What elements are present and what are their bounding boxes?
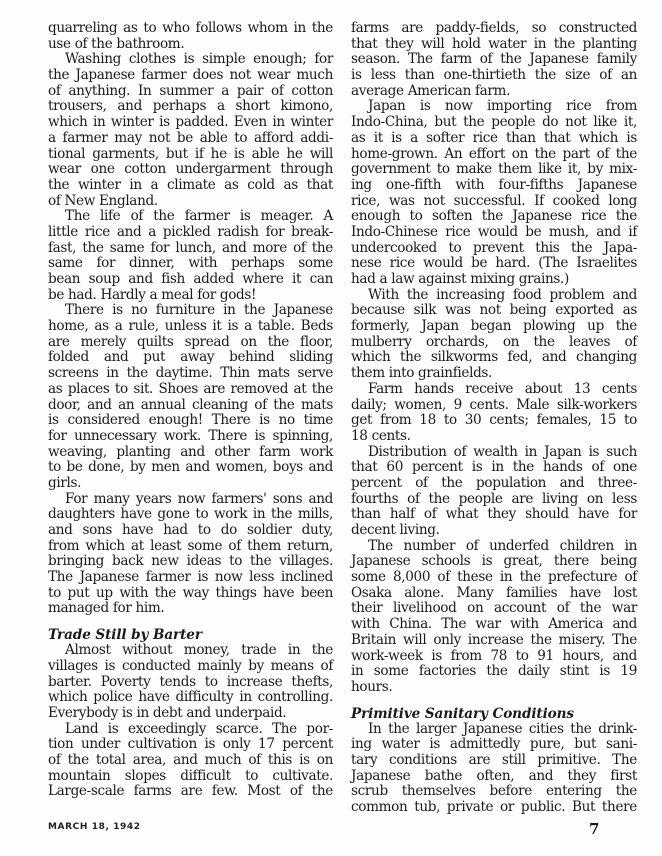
magazine-page: quarreling as to who follows whom in the… (0, 0, 662, 856)
text-line: For many years now farmers' sons and (48, 492, 333, 508)
text-line: the Japanese farmer does not wear much (48, 68, 333, 84)
text-line: government to make them like it, by mix- (351, 162, 637, 178)
text-line: scrub themselves before entering the (351, 784, 637, 800)
text-line: which police have difficulty in controll… (48, 690, 333, 706)
text-line: bringing back new ideas to the villages. (48, 554, 333, 570)
text-line: little rice and a pickled radish for bre… (48, 225, 333, 241)
text-line: and sons have had to do soldier duty, (48, 523, 333, 539)
text-line: Almost without money, trade in the (48, 643, 333, 659)
text-line: home, as a rule, unless it is a table. B… (48, 319, 333, 335)
text-line: home-grown. An effort on the part of the (351, 147, 637, 163)
text-line: to put up with the way things have been (48, 586, 333, 602)
text-line: is less than one-thirtieth the size of a… (351, 68, 637, 84)
text-line: for unnecessary work. There is spinning, (48, 429, 333, 445)
text-line: ing one-fifth with four-fifths Japanese (351, 178, 637, 194)
text-line: than half of what they should have for (351, 507, 637, 523)
text-line: decent living. (351, 523, 637, 539)
left-column-body-b: Almost without money, trade in thevillag… (48, 643, 333, 800)
text-line: had a law against mixing grains.) (351, 272, 637, 288)
left-column-body-a: quarreling as to who follows whom in the… (48, 21, 333, 617)
text-line: a farmer may not be able to afford addi- (48, 131, 333, 147)
text-line: that they will hold water in the plantin… (351, 37, 637, 53)
text-line: ing water is admittedly pure, but sani- (351, 737, 637, 753)
text-line: Britain will only increase the misery. T… (351, 633, 637, 649)
text-line: girls. (48, 476, 333, 492)
text-line: Washing clothes is simple enough; for (48, 52, 333, 68)
text-line: quarreling as to who follows whom in the (48, 21, 333, 37)
text-line: Indo-China, but the people do not like i… (351, 115, 637, 131)
text-line: Japan is now importing rice from (351, 99, 637, 115)
text-line: Distribution of wealth in Japan is such (351, 445, 637, 461)
heading-spacer (351, 696, 637, 706)
text-line: daily; women, 9 cents. Male silk-workers (351, 398, 637, 414)
text-line: With the increasing food problem and (351, 288, 637, 304)
text-line: screens in the daytime. Thin mats serve (48, 366, 333, 382)
text-line: The number of underfed children in (351, 539, 637, 555)
text-line: barter. Poverty tends to increase thefts… (48, 675, 333, 691)
text-line: managed for him. (48, 601, 333, 617)
text-line: farms are paddy-fields, so constructed (351, 21, 637, 37)
text-line: wear one cotton undergarment through (48, 162, 333, 178)
text-line: percent of the population and three- (351, 476, 637, 492)
text-line: mulberry orchards, on the leaves of (351, 335, 637, 351)
text-line: villages is conducted mainly by means of (48, 659, 333, 675)
text-line: bean soup and fish added where it can (48, 272, 333, 288)
text-line: to be done, by men and women, boys and (48, 460, 333, 476)
text-line: the winter in a climate as cold as that (48, 178, 333, 194)
text-line: tary conditions are still primitive. The (351, 753, 637, 769)
text-line: work-week is from 78 to 91 hours, and (351, 649, 637, 665)
text-line: them into grainfields. (351, 366, 637, 382)
text-line: In the larger Japanese cities the drink- (351, 722, 637, 738)
text-line: There is no furniture in the Japanese (48, 303, 333, 319)
text-line: fast, the same for lunch, and more of th… (48, 241, 333, 257)
footer-page-number: 7 (589, 820, 599, 838)
text-line: average American farm. (351, 84, 637, 100)
text-line: of New England. (48, 194, 333, 210)
text-line: trousers, and perhaps a short kimono, (48, 99, 333, 115)
text-line: with China. The war with America and (351, 617, 637, 633)
text-line: is considered enough! There is no time (48, 413, 333, 429)
text-line: Japanese bathe often, and they first (351, 769, 637, 785)
footer-issue-date: MARCH 18, 1942 (48, 822, 141, 832)
text-line: rice, was not successful. If cooked long (351, 194, 637, 210)
text-line: formerly, Japan began plowing up the (351, 319, 637, 335)
text-line: same for dinner, with perhaps some (48, 256, 333, 272)
text-line: undercooked to prevent this the Japa- (351, 241, 637, 257)
right-column-body-b: In the larger Japanese cities the drink-… (351, 722, 637, 816)
text-line: are merely quilts spread on the floor, (48, 335, 333, 351)
text-line: Large-scale farms are few. Most of the (48, 784, 333, 800)
text-line: Indo-Chinese rice would be mush, and if (351, 225, 637, 241)
text-line: nese rice would be hard. (The Israelites (351, 256, 637, 272)
text-line: in some factories the daily stint is 19 (351, 664, 637, 680)
text-line: their livelihood on account of the war (351, 601, 637, 617)
text-line: use of the bathroom. (48, 37, 333, 53)
text-line: of anything. In summer a pair of cotton (48, 84, 333, 100)
text-line: folded and put away behind sliding (48, 350, 333, 366)
text-line: from which at least some of them return, (48, 539, 333, 555)
right-column: farms are paddy-fields, so constructedth… (351, 21, 637, 816)
text-line: tion under cultivation is only 17 percen… (48, 737, 333, 753)
text-line: season. The farm of the Japanese family (351, 52, 637, 68)
text-line: that 60 percent is in the hands of one (351, 460, 637, 476)
text-line: The Japanese farmer is now less inclined (48, 570, 333, 586)
heading-spacer (48, 617, 333, 627)
left-column: quarreling as to who follows whom in the… (48, 21, 333, 800)
text-line: because silk was not being exported as (351, 303, 637, 319)
text-line: hours. (351, 680, 637, 696)
text-line: Everybody is in debt and underpaid. (48, 706, 333, 722)
text-line: mountain slopes difficult to cultivate. (48, 769, 333, 785)
text-line: which in winter is padded. Even in winte… (48, 115, 333, 131)
text-line: as it is a softer rice than that which i… (351, 131, 637, 147)
section-heading-primitive-sanitary-conditions: Primitive Sanitary Conditions (351, 706, 637, 722)
text-line: be had. Hardly a meal for gods! (48, 288, 333, 304)
right-column-body-a: farms are paddy-fields, so constructedth… (351, 21, 637, 696)
text-line: 18 cents. (351, 429, 637, 445)
text-line: as places to sit. Shoes are removed at t… (48, 382, 333, 398)
text-line: door, and an annual cleaning of the mats (48, 398, 333, 414)
text-line: The life of the farmer is meager. A (48, 209, 333, 225)
text-line: of the total area, and much of this is o… (48, 753, 333, 769)
text-line: which the silkworms fed, and changing (351, 350, 637, 366)
text-line: daughters have gone to work in the mills… (48, 507, 333, 523)
text-line: common tub, private or public. But there (351, 800, 637, 816)
text-line: get from 18 to 30 cents; females, 15 to (351, 413, 637, 429)
text-line: some 8,000 of these in the prefecture of (351, 570, 637, 586)
text-line: Farm hands receive about 13 cents (351, 382, 637, 398)
text-line: Japanese schools is great, there being (351, 554, 637, 570)
text-line: weaving, planting and other farm work (48, 445, 333, 461)
text-line: Land is exceedingly scarce. The por- (48, 722, 333, 738)
text-line: tional garments, but if he is able he wi… (48, 147, 333, 163)
text-line: fourths of the people are living on less (351, 492, 637, 508)
text-line: enough to soften the Japanese rice the (351, 209, 637, 225)
text-line: Osaka alone. Many families have lost (351, 586, 637, 602)
section-heading-trade-still-by-barter: Trade Still by Barter (48, 627, 333, 643)
